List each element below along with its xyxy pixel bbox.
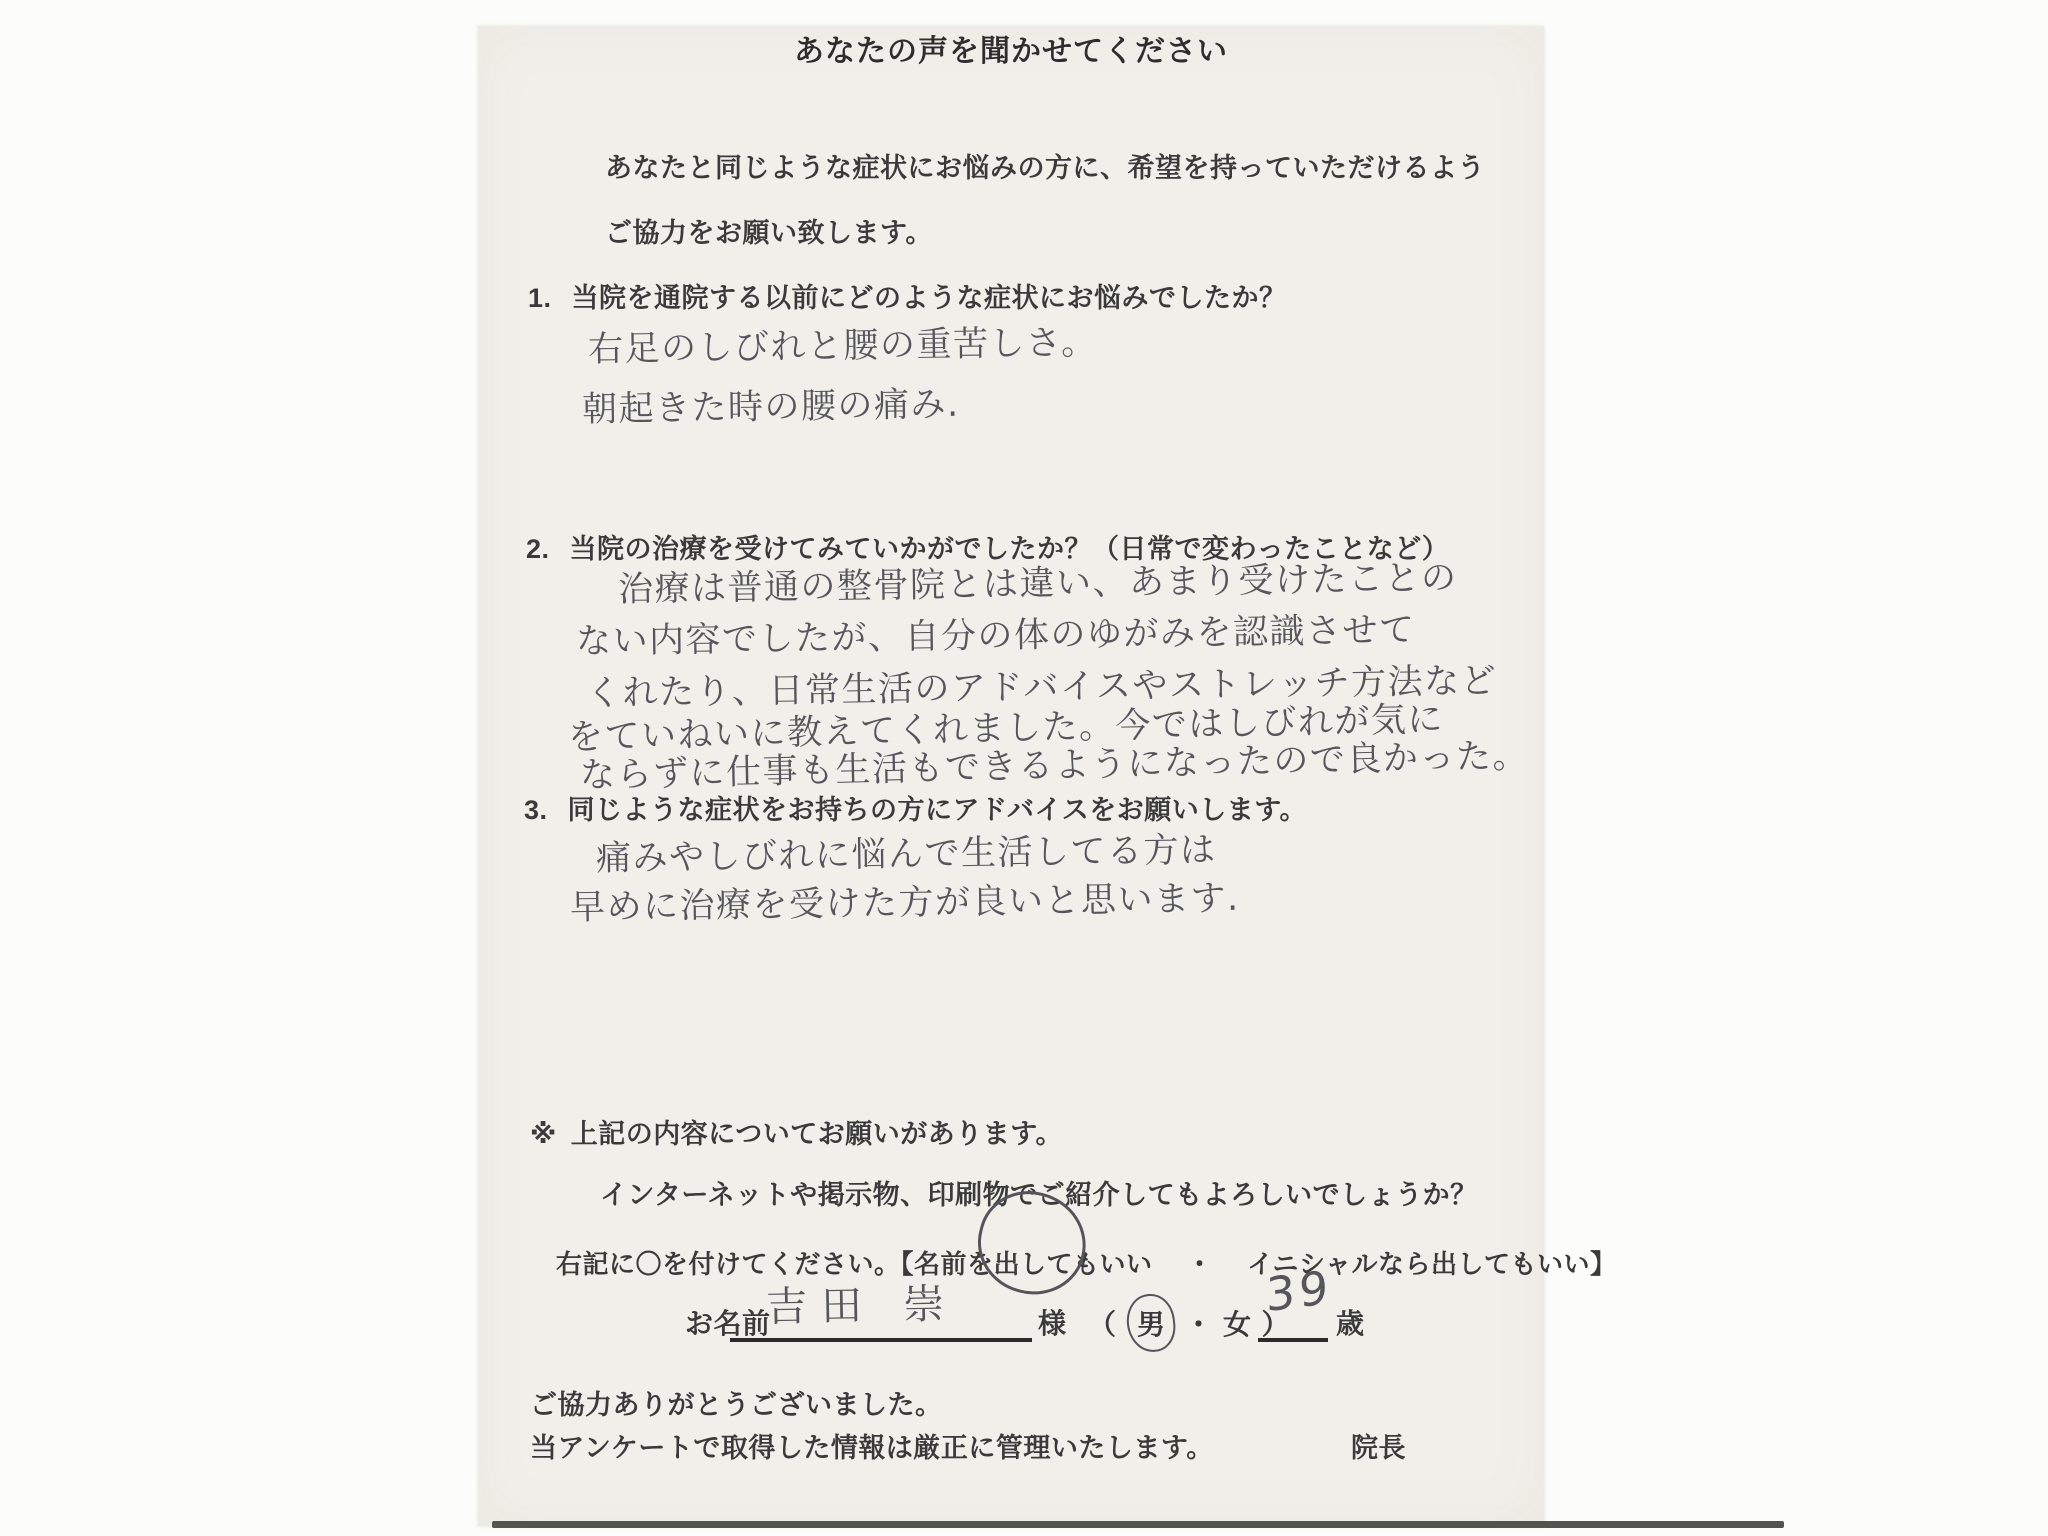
name-label: お名前	[685, 1302, 771, 1342]
intro-line-2: ご協力をお願い致します。	[605, 211, 933, 250]
name-underline	[730, 1338, 1032, 1342]
age-underline	[1258, 1338, 1328, 1342]
form-title: あなたの声を聞かせてください	[478, 26, 1544, 70]
age-handwritten: 39	[1266, 1260, 1333, 1322]
scan-bottom-edge-shadow	[492, 1521, 1784, 1528]
question-1-label: 当院を通院する以前にどのような症状にお悩みでしたか？	[572, 283, 1287, 313]
question-3-label: 同じような症状をお持ちの方にアドバイスをお願いします。	[568, 795, 1308, 825]
consent-note-text: 上記の内容についてお願いがあります。	[571, 1119, 1063, 1149]
consent-option-separator: ・	[1187, 1249, 1214, 1279]
honorific-label: 様	[1038, 1302, 1067, 1342]
question-3-number: 3.	[524, 795, 548, 825]
consent-instruction: 右記に〇を付けてください。【名前を出してもいい・イニシャルなら出してもいい】	[556, 1244, 1617, 1281]
question-3-heading: 3.同じような症状をお持ちの方にアドバイスをお願いします。	[524, 788, 1307, 827]
scanned-questionnaire: あなたの声を聞かせてください あなたと同じような症状にお悩みの方に、希望を持って…	[0, 0, 2048, 1536]
consent-note: ※上記の内容についてお願いがあります。	[530, 1112, 1063, 1151]
male-circle-mark: 男	[1124, 1292, 1178, 1355]
answer-1-line-2: 朝起きた時の腰の痛み.	[582, 377, 960, 432]
age-unit-label: 歳	[1336, 1302, 1365, 1342]
gender-female: 女	[1223, 1303, 1252, 1343]
name-publish-option: 出し	[994, 1244, 1047, 1281]
privacy-line: 当アンケートで取得した情報は厳正に管理いたします。	[530, 1426, 1214, 1465]
director-label: 院長	[1351, 1426, 1406, 1465]
answer-2-line-2: ない内容でしたが、自分の体のゆがみを認識させて	[576, 602, 1416, 664]
intro-line-1: あなたと同じような症状にお悩みの方に、希望を持っていただけるよう	[605, 146, 1485, 185]
name-handwritten: 吉田 崇	[765, 1271, 958, 1333]
questionnaire-paper: あなたの声を聞かせてください あなたと同じような症状にお悩みの方に、希望を持って…	[478, 26, 1544, 1526]
answer-1-line-1: 右足のしびれと腰の重苦しさ。	[588, 315, 1098, 372]
question-1-heading: 1.当院を通院する以前にどのような症状にお悩みでしたか？	[528, 276, 1287, 315]
gender-separator: ・	[1185, 1303, 1214, 1343]
gender-paren-open: （	[1088, 1303, 1117, 1343]
answer-3-line-2: 早めに治療を受けた方が良いと思います.	[570, 871, 1240, 930]
gender-male: 男	[1136, 1303, 1165, 1343]
gender-choice: （ 男 ・ 女 ）	[1088, 1294, 1290, 1352]
question-2-number: 2.	[526, 534, 550, 564]
consent-note-marker: ※	[530, 1119, 557, 1149]
thanks-line: ご協力ありがとうございました。	[530, 1383, 943, 1422]
question-1-number: 1.	[528, 283, 552, 313]
